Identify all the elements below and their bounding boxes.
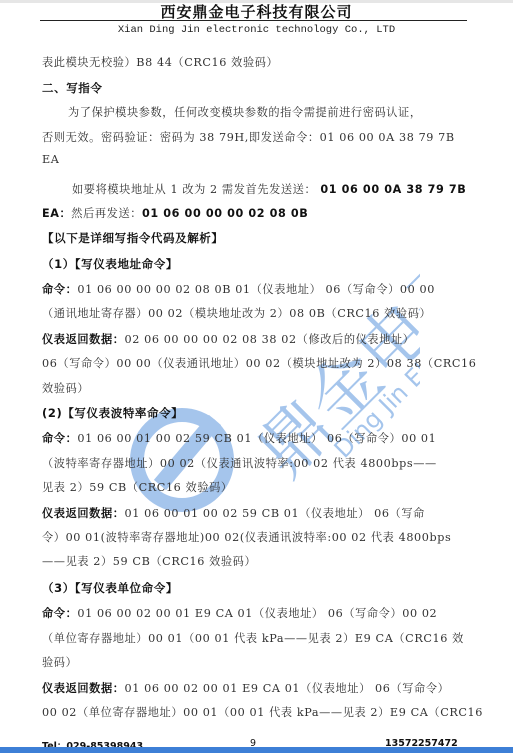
unit-response-line2: 00 02（单位寄存器地址）00 01（00 01 代表 kPa——见表 2）E… bbox=[42, 704, 483, 720]
address-command-line1: 命令：01 06 00 00 00 02 08 0B 01（仪表地址） 06（写… bbox=[42, 281, 435, 297]
baudrate-response-line2: 令）00 01(波特率寄存器地址)00 02(仪表通讯波特率:00 02 代表 … bbox=[42, 529, 451, 545]
continued-text: 表此模块无校验）B8 44（CRC16 效验码） bbox=[42, 54, 278, 70]
address-response-line2: 06（写命令）00 00（仪表通讯地址）00 02（模块地址改为 2）08 38… bbox=[42, 355, 477, 371]
company-name-en: Xian Ding Jin electronic technology Co.,… bbox=[0, 24, 513, 36]
company-name-cn: 西安鼎金电子科技有限公司 bbox=[0, 1, 513, 22]
header-divider bbox=[40, 20, 467, 21]
paragraph-address-line1: 如要将模块地址从 1 改为 2 需发首先发送送： 01 06 00 0A 38 … bbox=[72, 181, 466, 197]
paragraph-password-line3: EA bbox=[42, 153, 59, 166]
unit-command-line2: （单位寄存器地址）00 01（00 01 代表 kPa——见表 2）E9 CA（… bbox=[42, 630, 464, 646]
baudrate-response-line3: ——见表 2）59 CB（CRC16 效验码） bbox=[42, 553, 256, 569]
paragraph-address-line2: EA：然后再发送：01 06 00 00 00 02 08 0B bbox=[42, 205, 308, 221]
unit-command-line3: 验码） bbox=[42, 654, 77, 670]
paragraph-password-line1: 为了保护模块参数，任何改变模块参数的指令需提前进行密码认证， bbox=[68, 104, 422, 120]
address-command-line2: （通讯地址寄存器）00 02（模块地址改为 2）08 0B（CRC16 效验码） bbox=[42, 305, 431, 321]
address-response-line3: 效验码） bbox=[42, 380, 89, 396]
subsection-title-address: （1）【写仪表地址命令】 bbox=[42, 256, 178, 272]
unit-response-line1: 仪表返回数据：01 06 00 02 00 01 E9 CA 01（仪表地址） … bbox=[42, 680, 449, 696]
unit-command-line1: 命令：01 06 00 02 00 01 E9 CA 01（仪表地址） 06（写… bbox=[42, 605, 437, 621]
baudrate-response-line1: 仪表返回数据：01 06 00 01 00 02 59 CB 01（仪表地址） … bbox=[42, 505, 425, 521]
baudrate-command-line2: （波特率寄存器地址）00 02（仪表通讯波特率:00 02 代表 4800bps… bbox=[42, 455, 437, 471]
baudrate-command-line3: 见表 2）59 CB（CRC16 效验码） bbox=[42, 479, 233, 495]
section-title-write-commands: 二、写指令 bbox=[42, 80, 103, 96]
paragraph-password-line2: 否则无效。密码验证：密码为 38 79H,即发送命令：01 06 00 0A 3… bbox=[42, 129, 455, 145]
baudrate-command-line1: 命令：01 06 00 01 00 02 59 CB 01（仪表地址） 06（写… bbox=[42, 430, 436, 446]
address-response-line1: 仪表返回数据：02 06 00 00 00 02 08 38 02（修改后的仪表… bbox=[42, 331, 415, 347]
detail-section-title: 【以下是详细写指令代码及解析】 bbox=[42, 230, 224, 246]
subsection-title-unit: （3）【写仪表单位命令】 bbox=[42, 580, 178, 596]
footer-bar bbox=[0, 747, 513, 753]
subsection-title-baudrate: (2)【写仪表波特率命令】 bbox=[42, 405, 183, 421]
